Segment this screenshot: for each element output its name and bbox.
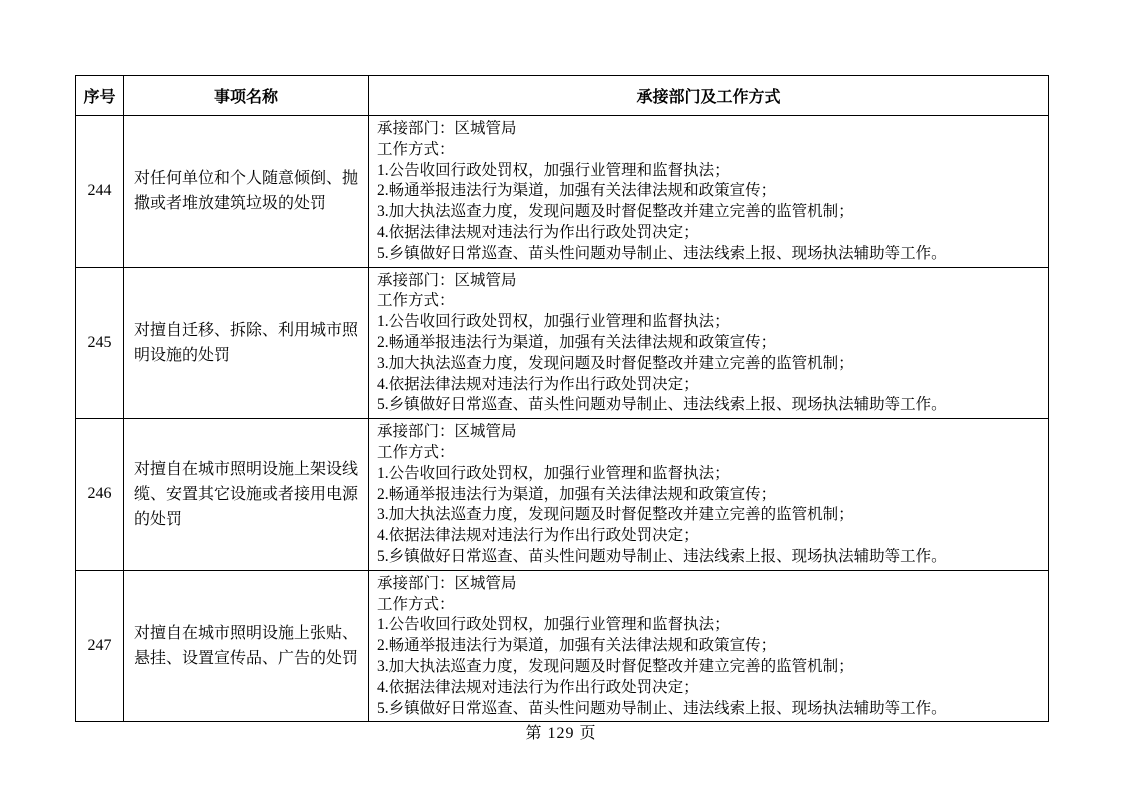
detail-line: 1.公告收回行政处罚权，加强行业管理和监督执法； [377,312,1040,333]
page-number: 第 129 页 [0,720,1122,743]
detail-line: 1.公告收回行政处罚权，加强行业管理和监督执法； [377,464,1040,485]
table-row: 247 对擅自在城市照明设施上张贴、悬挂、设置宣传品、广告的处罚 承接部门：区城… [76,570,1049,722]
detail-line: 承接部门：区城管局 [377,574,1040,595]
detail-line: 3.加大执法巡查力度，发现问题及时督促整改并建立完善的监管机制； [377,202,1040,223]
row-serial-number: 245 [76,267,124,419]
row-department-and-method: 承接部门：区城管局 工作方式： 1.公告收回行政处罚权，加强行业管理和监督执法；… [369,116,1049,268]
row-serial-number: 247 [76,570,124,722]
table-header-row: 序号 事项名称 承接部门及工作方式 [76,76,1049,116]
row-item-name: 对擅自迁移、拆除、利用城市照明设施的处罚 [124,267,369,419]
items-table: 序号 事项名称 承接部门及工作方式 244 对任何单位和个人随意倾倒、抛撒或者堆… [75,75,1049,722]
detail-line: 工作方式： [377,291,1040,312]
detail-line: 5.乡镇做好日常巡查、苗头性问题劝导制止、违法线索上报、现场执法辅助等工作。 [377,699,1040,720]
detail-line: 承接部门：区城管局 [377,271,1040,292]
row-item-name: 对擅自在城市照明设施上架设线缆、安置其它设施或者接用电源的处罚 [124,419,369,571]
detail-line: 工作方式： [377,443,1040,464]
detail-line: 5.乡镇做好日常巡查、苗头性问题劝导制止、违法线索上报、现场执法辅助等工作。 [377,244,1040,265]
detail-line: 5.乡镇做好日常巡查、苗头性问题劝导制止、违法线索上报、现场执法辅助等工作。 [377,395,1040,416]
detail-line: 工作方式： [377,140,1040,161]
detail-line: 3.加大执法巡查力度，发现问题及时督促整改并建立完善的监管机制； [377,354,1040,375]
table-row: 245 对擅自迁移、拆除、利用城市照明设施的处罚 承接部门：区城管局 工作方式：… [76,267,1049,419]
row-department-and-method: 承接部门：区城管局 工作方式： 1.公告收回行政处罚权，加强行业管理和监督执法；… [369,570,1049,722]
detail-line: 4.依据法律法规对违法行为作出行政处罚决定； [377,526,1040,547]
row-item-name: 对任何单位和个人随意倾倒、抛撒或者堆放建筑垃圾的处罚 [124,116,369,268]
table-row: 246 对擅自在城市照明设施上架设线缆、安置其它设施或者接用电源的处罚 承接部门… [76,419,1049,571]
detail-line: 3.加大执法巡查力度，发现问题及时督促整改并建立完善的监管机制； [377,505,1040,526]
row-department-and-method: 承接部门：区城管局 工作方式： 1.公告收回行政处罚权，加强行业管理和监督执法；… [369,267,1049,419]
detail-line: 工作方式： [377,595,1040,616]
row-item-name: 对擅自在城市照明设施上张贴、悬挂、设置宣传品、广告的处罚 [124,570,369,722]
detail-line: 1.公告收回行政处罚权，加强行业管理和监督执法； [377,161,1040,182]
detail-line: 2.畅通举报违法行为渠道，加强有关法律法规和政策宣传； [377,181,1040,202]
detail-line: 承接部门：区城管局 [377,119,1040,140]
row-serial-number: 246 [76,419,124,571]
detail-line: 4.依据法律法规对违法行为作出行政处罚决定； [377,678,1040,699]
detail-line: 2.畅通举报违法行为渠道，加强有关法律法规和政策宣传； [377,333,1040,354]
detail-line: 1.公告收回行政处罚权，加强行业管理和监督执法； [377,615,1040,636]
detail-line: 5.乡镇做好日常巡查、苗头性问题劝导制止、违法线索上报、现场执法辅助等工作。 [377,547,1040,568]
detail-line: 承接部门：区城管局 [377,422,1040,443]
detail-line: 3.加大执法巡查力度，发现问题及时督促整改并建立完善的监管机制； [377,657,1040,678]
row-serial-number: 244 [76,116,124,268]
detail-line: 2.畅通举报违法行为渠道，加强有关法律法规和政策宣传； [377,636,1040,657]
detail-line: 4.依据法律法规对违法行为作出行政处罚决定； [377,375,1040,396]
row-department-and-method: 承接部门：区城管局 工作方式： 1.公告收回行政处罚权，加强行业管理和监督执法；… [369,419,1049,571]
header-item-name: 事项名称 [124,76,369,116]
detail-line: 2.畅通举报违法行为渠道，加强有关法律法规和政策宣传； [377,485,1040,506]
header-department-and-method: 承接部门及工作方式 [369,76,1049,116]
table-row: 244 对任何单位和个人随意倾倒、抛撒或者堆放建筑垃圾的处罚 承接部门：区城管局… [76,116,1049,268]
document-page: 序号 事项名称 承接部门及工作方式 244 对任何单位和个人随意倾倒、抛撒或者堆… [0,0,1122,793]
header-serial-number: 序号 [76,76,124,116]
detail-line: 4.依据法律法规对违法行为作出行政处罚决定； [377,223,1040,244]
